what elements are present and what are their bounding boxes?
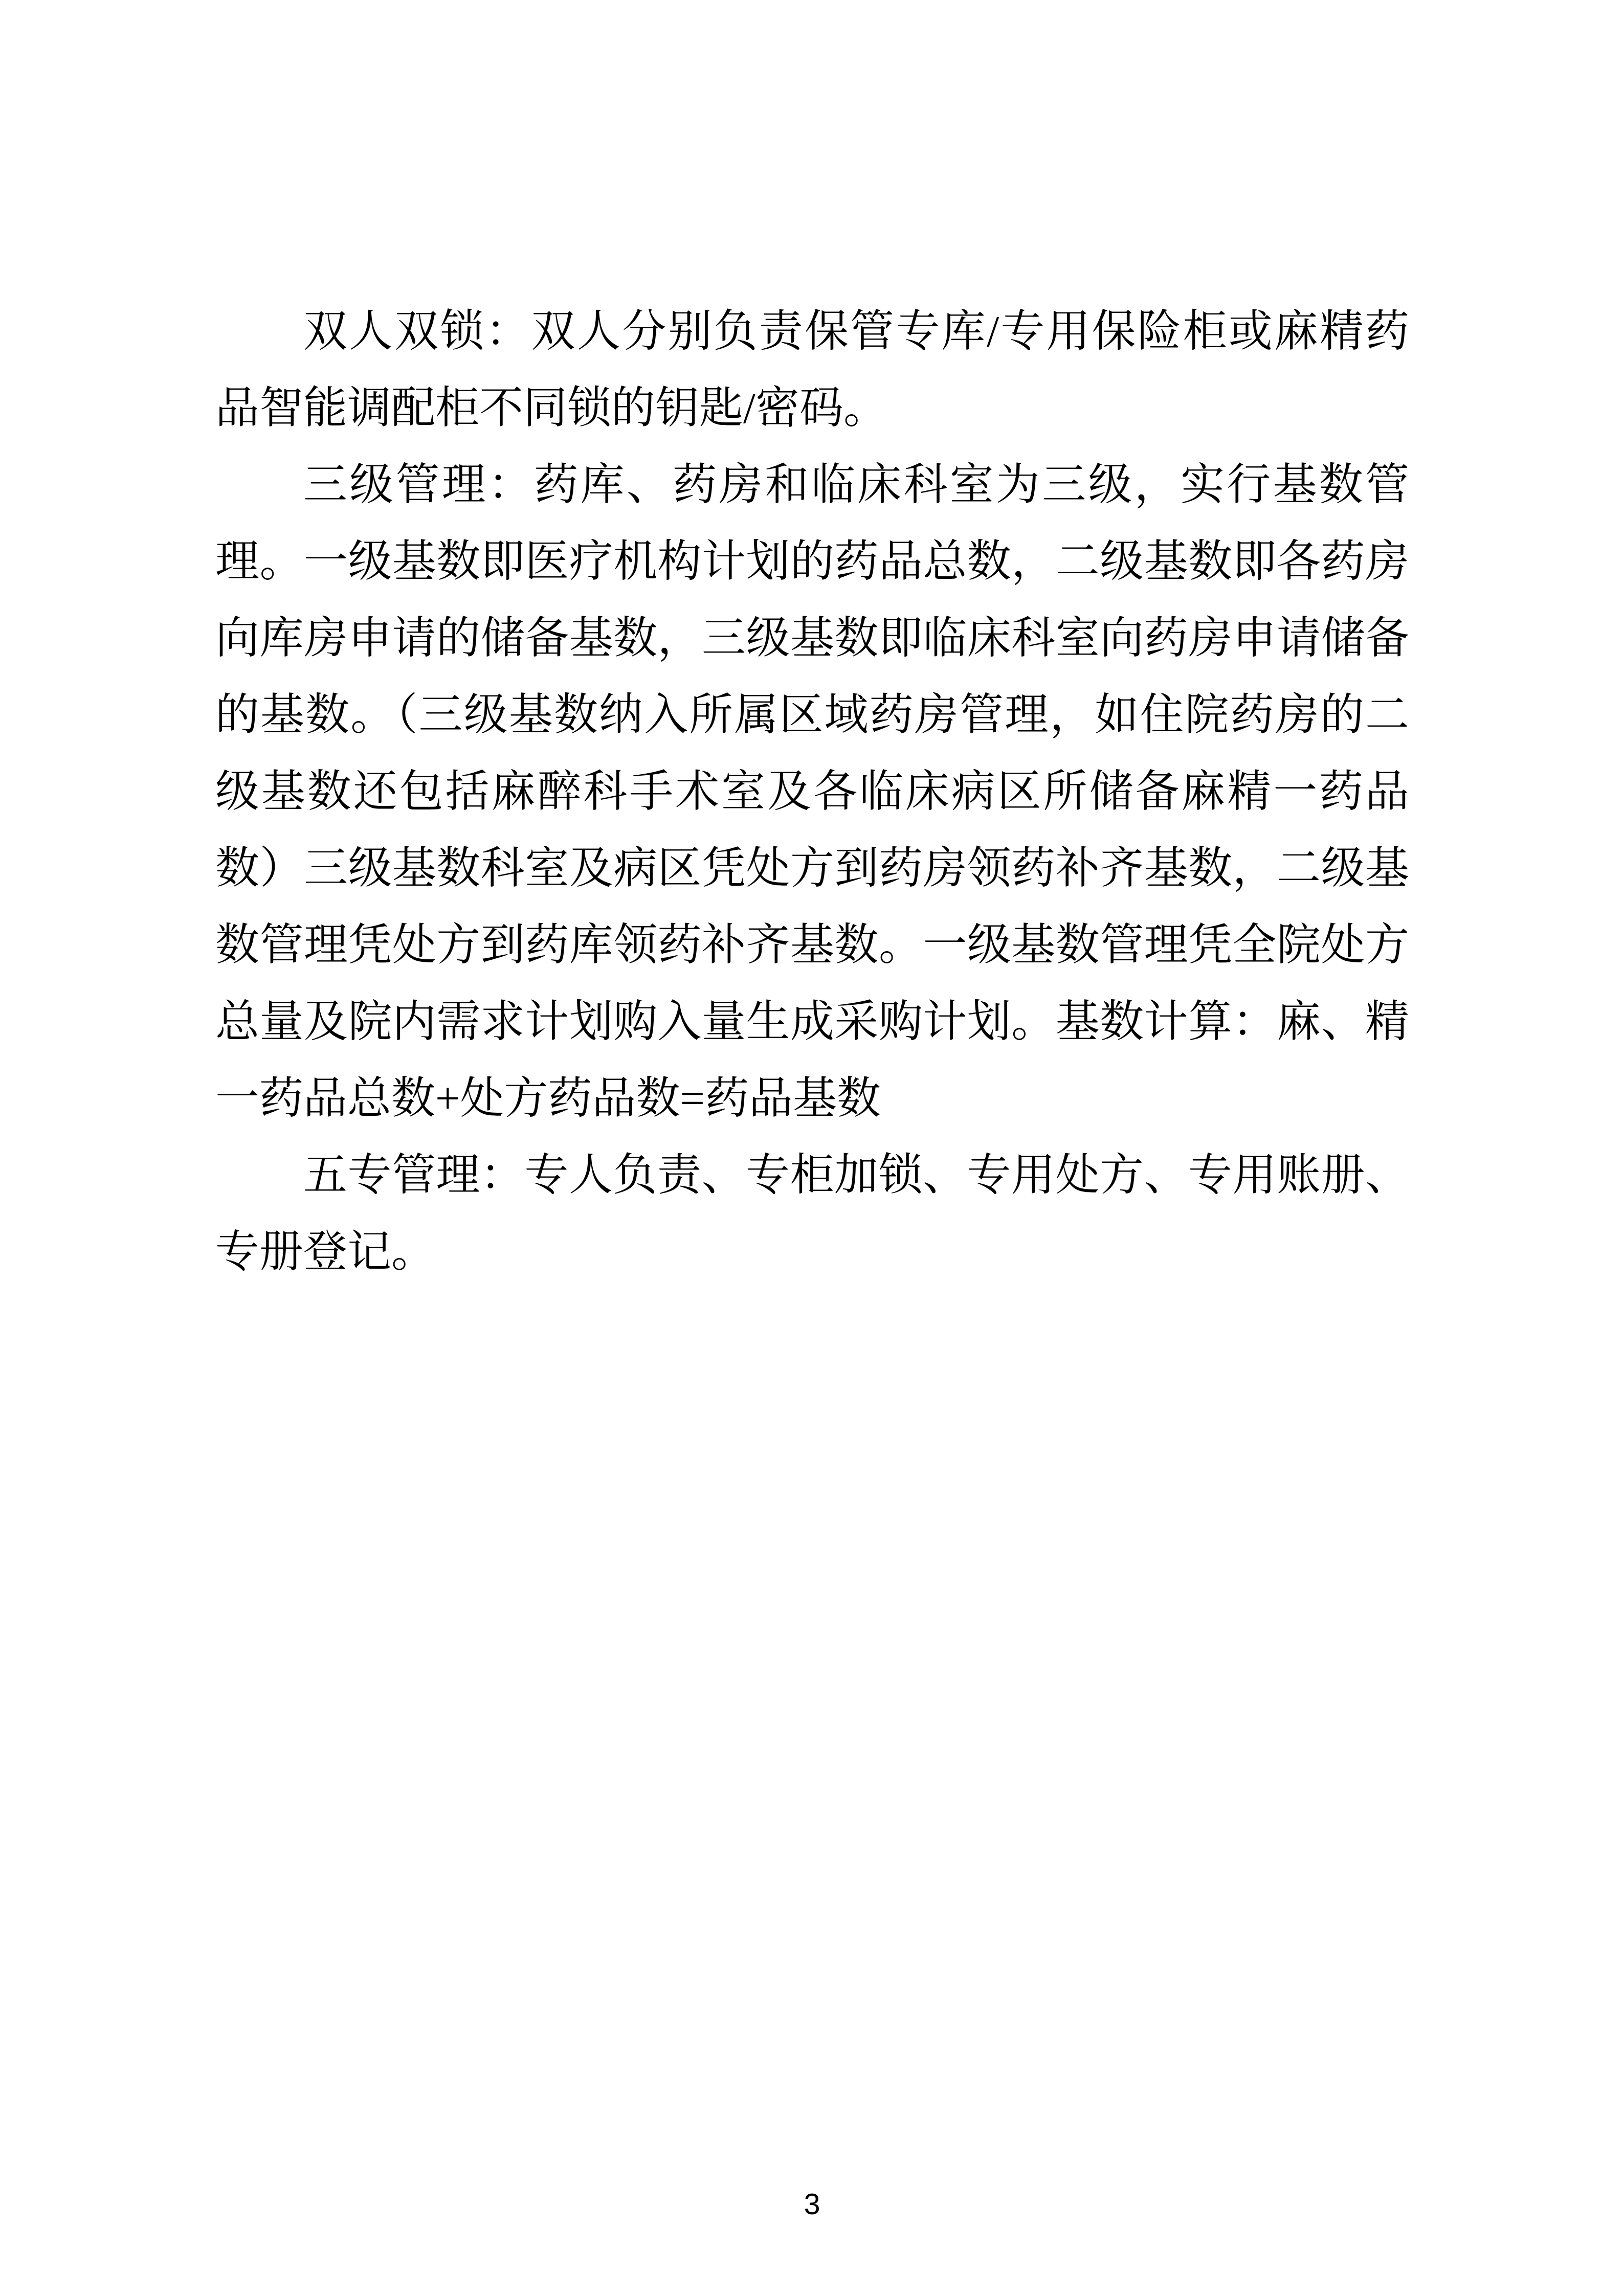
page-footer: 3 <box>0 2189 1624 2220</box>
paragraph-five-special-management: 五专管理：专人负责、专柜加锁、专用处方、专用账册、专册登记。 <box>215 1137 1409 1290</box>
document-page: 双人双锁：双人分别负责保管专库/专用保险柜或麻精药品智能调配柜不同锁的钥匙/密码… <box>0 0 1624 2296</box>
document-body: 双人双锁：双人分别负责保管专库/专用保险柜或麻精药品智能调配柜不同锁的钥匙/密码… <box>215 293 1409 1290</box>
paragraph-dual-person-dual-lock: 双人双锁：双人分别负责保管专库/专用保险柜或麻精药品智能调配柜不同锁的钥匙/密码… <box>215 293 1409 446</box>
page-number: 3 <box>804 2188 820 2221</box>
paragraph-three-level-management: 三级管理：药库、药房和临床科室为三级，实行基数管理。一级基数即医疗机构计划的药品… <box>215 446 1409 1137</box>
